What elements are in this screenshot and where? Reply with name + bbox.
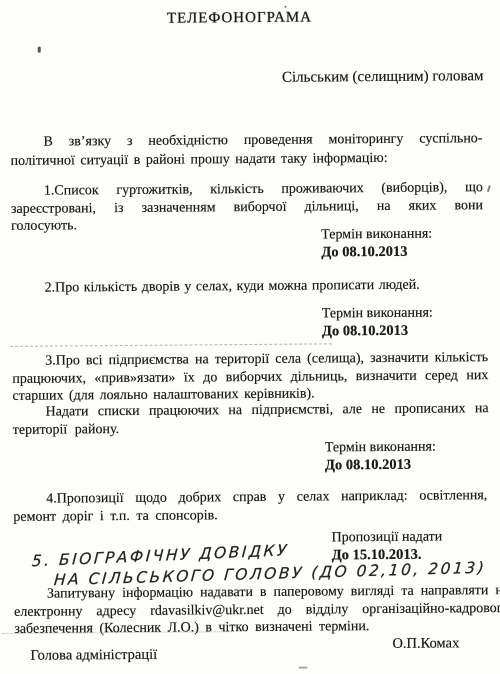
ink-speck <box>284 6 286 8</box>
scanned-document-page: ТЕЛЕФОНОГРАМА Сільським (селищним) голов… <box>0 0 500 674</box>
deadline-label: Термін виконання: <box>322 306 433 323</box>
deadline-block-2: Термін виконання: До 08.10.2013 <box>322 306 433 340</box>
list-item-4: 4.Пропозиції щодо добрих справ у селах н… <box>13 487 487 526</box>
deadline-label: Термін виконання: <box>321 227 432 244</box>
deadline-date: До 08.10.2013 <box>325 456 436 473</box>
scan-tilt-wrapper: ТЕЛЕФОНОГРАМА Сільським (селищним) голов… <box>0 0 500 674</box>
list-item-2: 2.Про кількість дворів у селах, куди мож… <box>12 276 484 297</box>
deadline-block-3: Термін виконання: До 08.10.2013 <box>325 440 436 474</box>
closing-paragraph: Запитувану інформацію надавати в паперов… <box>14 582 500 638</box>
list-item-3: 3.Про всі підприємства на території села… <box>12 349 488 405</box>
list-item-3-continued: Надати списки працюючих на підприємстві,… <box>13 400 489 439</box>
ink-speck <box>38 47 41 53</box>
deadline-date: До 08.10.2013 <box>322 322 433 339</box>
deadline-date: До 08.10.2013 <box>321 243 432 260</box>
deadline-label: Термін виконання: <box>325 440 436 457</box>
document-title: ТЕЛЕФОНОГРАМА <box>0 8 490 29</box>
ink-speck <box>299 667 308 669</box>
intro-paragraph: В зв’язку з необхідністю проведення моні… <box>10 129 482 171</box>
deadline-label: Пропозиції надати <box>332 529 443 546</box>
signature-name: О.П.Комах <box>392 635 459 653</box>
signature-position: Голова адміністрації <box>30 647 157 665</box>
deadline-block-1: Термін виконання: До 08.10.2013 <box>321 227 432 261</box>
scan-artifact-dashes <box>10 343 332 347</box>
proposals-deadline-block: Пропозиції надати До 15.10.2013. <box>332 529 443 563</box>
ink-speck <box>487 185 491 192</box>
addressee-line: Сільським (селищним) головам <box>282 68 484 87</box>
